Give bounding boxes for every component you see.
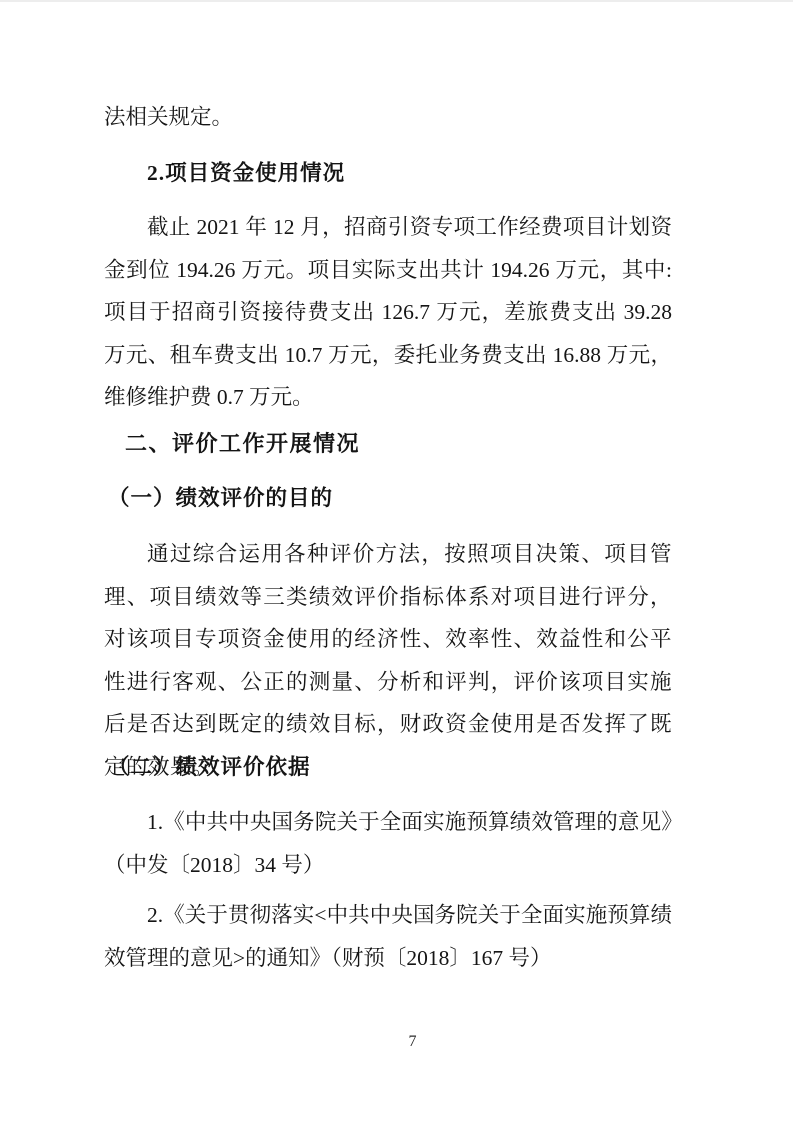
document-page: 法相关规定。 2.项目资金使用情况 截止 2021 年 12 月，招商引资专项工… xyxy=(0,0,793,1122)
paragraph-continuation: 法相关规定。 xyxy=(104,96,672,139)
basis-list-item-2: 2.《关于贯彻落实<中共中央国务院关于全面实施预算绩效管理的意见>的通知》（财预… xyxy=(104,894,672,979)
heading-evaluation-purpose: （一）绩效评价的目的 xyxy=(104,477,672,520)
paragraph-funds-usage: 截止 2021 年 12 月，招商引资专项工作经费项目计划资金到位 194.26… xyxy=(104,206,672,419)
heading-evaluation-basis: （二）绩效评价依据 xyxy=(104,746,672,789)
page-number: 7 xyxy=(0,1030,793,1054)
heading-project-funds-usage: 2.项目资金使用情况 xyxy=(104,152,672,195)
heading-section-evaluation-work: 二、评价工作开展情况 xyxy=(104,423,672,466)
basis-list-item-1: 1.《中共中央国务院关于全面实施预算绩效管理的意见》（中发〔2018〕34 号） xyxy=(104,801,672,886)
